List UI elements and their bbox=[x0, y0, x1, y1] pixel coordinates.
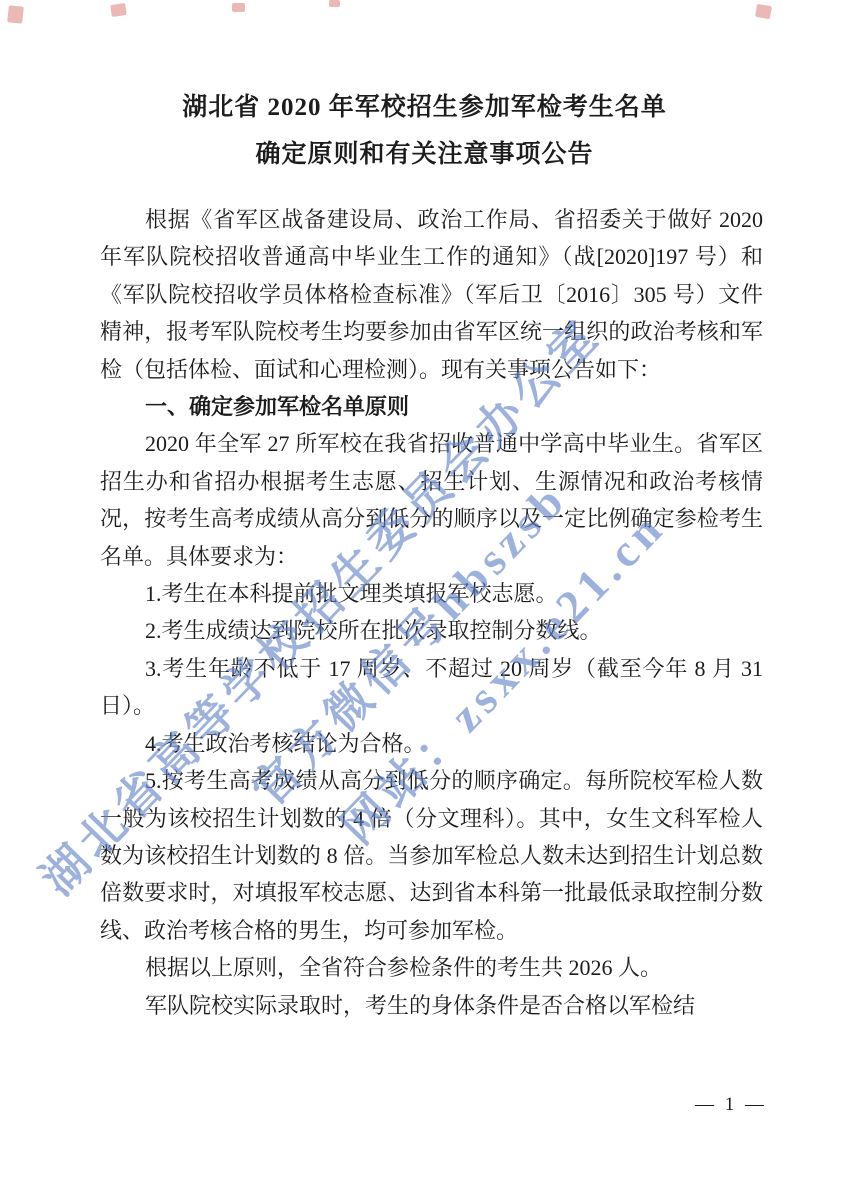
red-scan-artifact bbox=[7, 5, 24, 23]
list-item-1: 1.考生在本科提前批文理类填报军校志愿。 bbox=[100, 575, 763, 612]
document-title-line1: 湖北省 2020 年军校招生参加军检考生名单 bbox=[0, 84, 849, 131]
red-scan-artifact bbox=[329, 0, 340, 7]
section-heading-1: 一、确定参加军检名单原则 bbox=[100, 388, 763, 425]
paragraph-final: 军队院校实际录取时，考生的身体条件是否合格以军检结 bbox=[100, 987, 763, 1024]
document-page: 湖北省 2020 年军校招生参加军检考生名单 确定原则和有关注意事项公告 根据《… bbox=[0, 0, 849, 1200]
list-item-5: 5.按考生高考成绩从高分到低分的顺序确定。每所院校军检人数一般为该校招生计划数的… bbox=[100, 762, 763, 949]
list-item-3: 3.考生年龄不低于 17 周岁、不超过 20 周岁（截至今年 8 月 31 日）… bbox=[100, 650, 763, 725]
list-item-2: 2.考生成绩达到院校所在批次录取控制分数线。 bbox=[100, 612, 763, 649]
document-body: 根据《省军区战备建设局、政治工作局、省招委关于做好 2020 年军队院校招收普通… bbox=[100, 201, 763, 1024]
document-title: 湖北省 2020 年军校招生参加军检考生名单 确定原则和有关注意事项公告 bbox=[0, 84, 849, 178]
paragraph-intro: 根据《省军区战备建设局、政治工作局、省招委关于做好 2020 年军队院校招收普通… bbox=[100, 201, 763, 388]
red-scan-artifact bbox=[232, 3, 245, 12]
list-item-4: 4.考生政治考核结论为合格。 bbox=[100, 725, 763, 762]
page-number: — 1 — bbox=[695, 1094, 767, 1116]
document-title-line2: 确定原则和有关注意事项公告 bbox=[0, 131, 849, 178]
paragraph-principles: 2020 年全军 27 所军校在我省招收普通中学高中毕业生。省军区招生办和省招办… bbox=[100, 425, 763, 575]
red-scan-artifact bbox=[755, 4, 772, 19]
red-scan-artifact bbox=[110, 3, 127, 17]
paragraph-total-count: 根据以上原则，全省符合参检条件的考生共 2026 人。 bbox=[100, 949, 763, 986]
